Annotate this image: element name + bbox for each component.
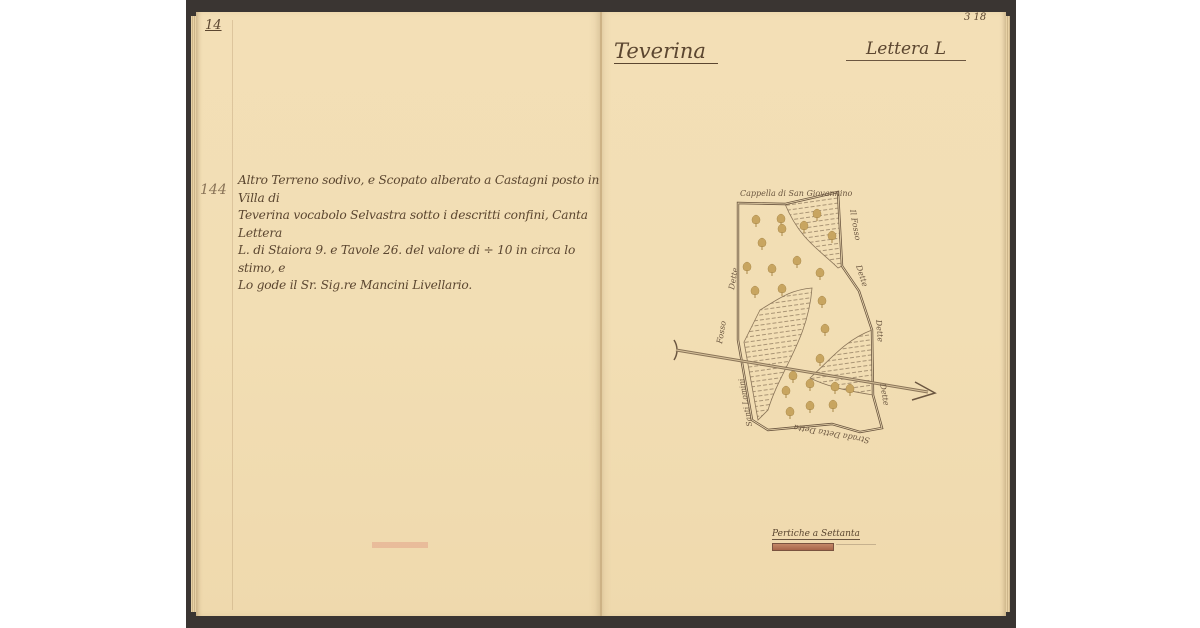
entry-line: Altro Terreno sodivo, e Scopato alberato… [238,172,600,207]
right-folio-number: 3 18 [964,12,986,23]
book-gutter [600,12,602,616]
scale-bar [772,543,834,551]
compass-arrow [674,340,935,400]
scale-rule [836,544,876,545]
label-right-middle: Dette [854,263,870,288]
left-folio-number: 14 [205,18,222,33]
entry-line: L. di Staiora 9. e Tavole 26. del valore… [238,242,600,277]
parcel-map: Cappella di San Giovannino Dette Fosso I… [660,170,960,470]
label-right-lower: Dette [874,318,885,342]
label-left-lower: Fosso [715,320,728,345]
label-top: Cappella di San Giovannino [740,189,853,198]
label-right-top: Il Fosso [848,208,862,241]
label-bottom: Strada Detta Detta [793,423,871,445]
letter-label: Lettera L [846,38,966,61]
entry-text: Altro Terreno sodivo, e Scopato alberato… [238,172,600,295]
entry-number: 144 [200,182,227,198]
hatched-area-left [744,288,812,420]
left-margin-rule [232,20,233,610]
entry-line: Teverina vocabolo Selvastra sotto i desc… [238,207,600,242]
faint-stamp-mark [372,542,428,548]
left-page [196,12,600,616]
hatched-area-top [785,192,842,268]
place-title: Teverina [614,40,718,64]
entry-line: Lo gode il Sr. Sig.re Mancini Livellario… [238,277,600,295]
scale-label: Pertiche a Settanta [772,529,860,540]
